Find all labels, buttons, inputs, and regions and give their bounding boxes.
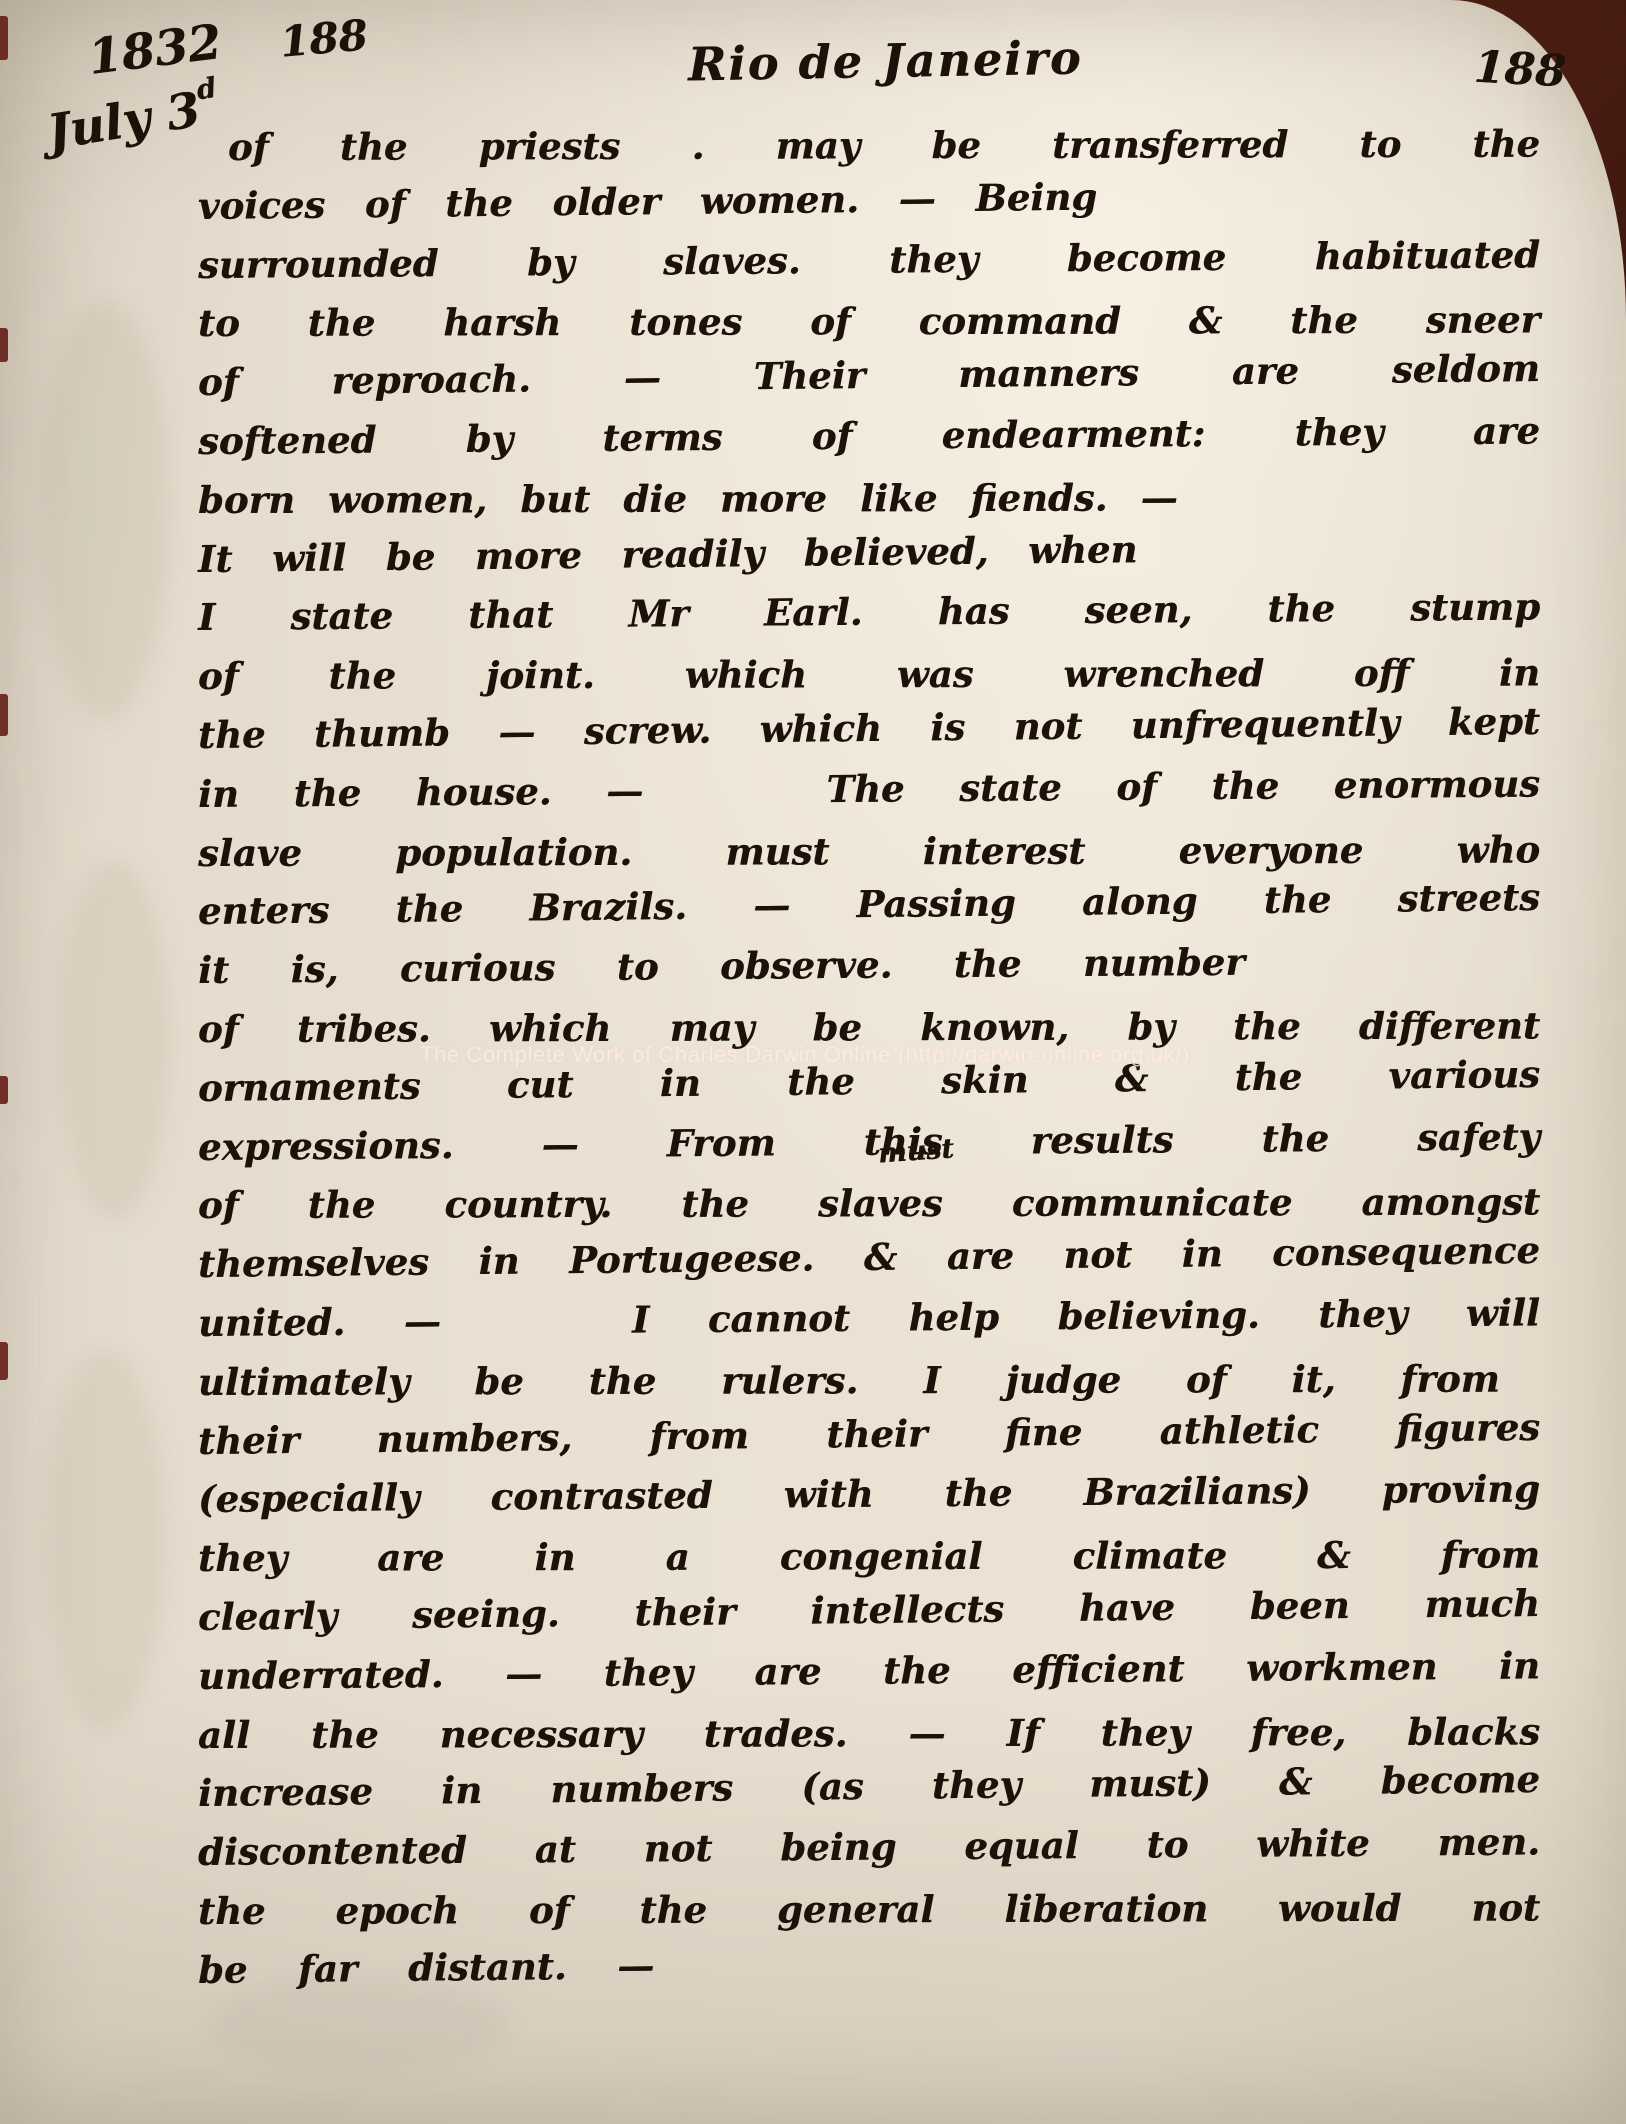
manuscript-line: it is, curious to observe. the number: [198, 933, 1245, 1000]
page-edge-mark: [0, 1076, 8, 1104]
manuscript-line: underrated. — they are the efficient wor…: [198, 1636, 1540, 1705]
entry-date: July 3d: [42, 71, 223, 161]
manuscript-line: enters the Brazils. — Passing along the …: [198, 868, 1541, 941]
manuscript-line: of the priests . may be transferred to t…: [228, 115, 1540, 177]
manuscript-line: the epoch of the general liberation woul…: [198, 1878, 1540, 1940]
page-number: 188: [1473, 42, 1567, 98]
entry-date-ordinal: d: [194, 71, 218, 107]
manuscript-line: united. — I cannot help believing. they …: [198, 1283, 1540, 1352]
paper-stain: [45, 1350, 165, 1730]
manuscript-line: softened by terms of endearment: they ar…: [198, 401, 1540, 470]
page-edge-mark: [0, 1342, 8, 1380]
manuscript-line: be far distant. —: [198, 1936, 655, 2000]
watermark: The Complete Work of Charles Darwin Onli…: [420, 1042, 1190, 1068]
manuscript-line: of reproach. — Their manners are seldom: [198, 339, 1541, 412]
manuscript-line: It will be more readily believed, when: [198, 520, 1138, 589]
photo-background: 1832 July 3d 188 Rio de Janeiro 188 of t…: [0, 0, 1626, 2124]
manuscript-line: I state that Mr Earl. has seen, the stum…: [198, 578, 1540, 647]
place-heading: Rio de Janeiro: [688, 31, 1083, 92]
manuscript-line: in the house. — The state of the enormou…: [198, 754, 1540, 823]
manuscript-line: (especially contrasted with the Brazilia…: [198, 1460, 1540, 1529]
paper-stain: [60, 860, 170, 1220]
paper-stain: [40, 300, 170, 720]
page-edge-mark: [0, 694, 8, 736]
manuscript-line: expressions. — From this results the saf…: [198, 1107, 1540, 1176]
manuscript-line: discontented at not being equal to white…: [198, 1813, 1540, 1882]
manuscript-line: increase in numbers (as they must) & bec…: [198, 1750, 1541, 1823]
manuscript-page: 1832 July 3d 188 Rio de Janeiro 188 of t…: [0, 0, 1626, 2124]
manuscript-line: themselves in Portugeese. & are not in c…: [198, 1221, 1541, 1294]
page-number-annotation: 188: [278, 10, 370, 66]
manuscript-line: voices of the older women. — Being: [198, 167, 1098, 235]
page-edge-mark: [0, 16, 8, 60]
interlinear-insertion: must: [877, 1133, 955, 1169]
entry-date-text: July 3: [43, 82, 204, 161]
page-edge-mark: [0, 328, 8, 362]
manuscript-line: surrounded by slaves. they become habitu…: [198, 225, 1540, 294]
